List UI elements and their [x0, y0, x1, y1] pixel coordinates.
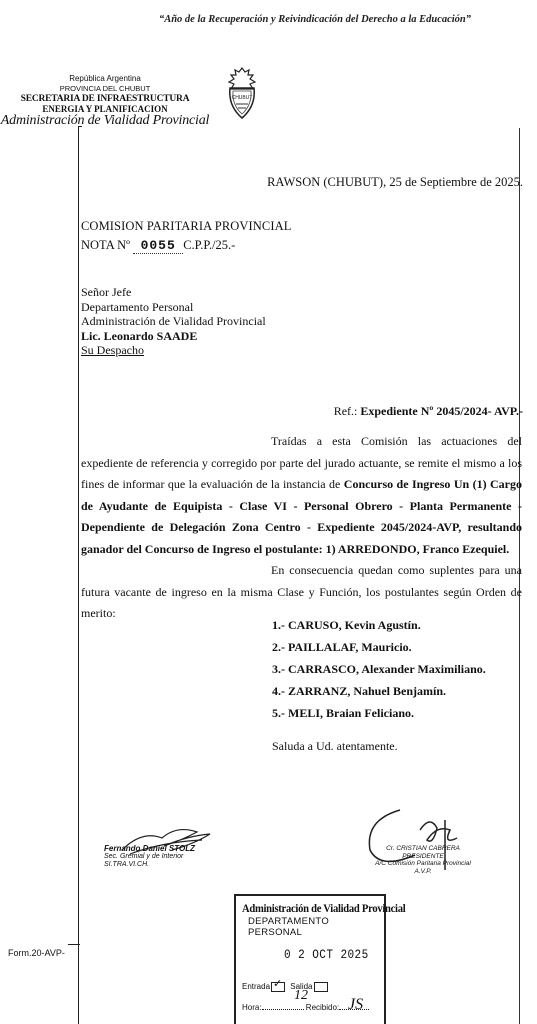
hora-label: Hora:: [242, 1003, 262, 1012]
letterhead-country: República Argentina: [0, 74, 210, 84]
handwritten-hour: 12: [294, 988, 308, 1004]
signer-right-role: PRESIDENTE: [368, 853, 478, 861]
letterhead-administration: Administración de Vialidad Provincial: [0, 116, 210, 126]
letterhead-province: PROVINCIA DEL CHUBUT: [0, 84, 210, 94]
substitute-item: 1.- CARUSO, Kevin Agustín.: [272, 614, 486, 636]
signer-left-role: Sec. Gremial y de Interior: [104, 853, 195, 861]
substitute-item: 3.- CARRASCO, Alexander Maximiliano.: [272, 658, 486, 680]
header-motto: “Año de la Recuperación y Reivindicación…: [150, 14, 480, 25]
place-date: RAWSON (CHUBUT), 25 de Septiembre de 202…: [267, 175, 523, 190]
reference-value: Expediente Nº 2045/2024- AVP.-: [360, 404, 523, 418]
entrada-checkbox: [271, 982, 285, 992]
stamp-entry-row: Entrada Salida: [242, 982, 331, 992]
nota-number-line: NOTA Nº 0055C.P.P./25.-: [81, 238, 235, 254]
reference-label: Ref.:: [334, 404, 358, 418]
salida-checkbox: [314, 982, 328, 992]
letterhead-secretariat: SECRETARIA DE INFRAESTRUCTURA: [0, 94, 210, 104]
issuer: COMISION PARITARIA PROVINCIAL: [81, 219, 292, 234]
substitutes-list: 1.- CARUSO, Kevin Agustín. 2.- PAILLALAF…: [272, 614, 486, 724]
signer-right-name: Cr. CRISTIAN CABRERA: [368, 845, 478, 853]
nota-prefix: NOTA Nº: [81, 238, 130, 252]
recipient-office: Su Despacho: [81, 343, 266, 358]
recipient-department: Departamento Personal: [81, 300, 266, 315]
signer-left-org: SI.TRA.VI.CH.: [104, 861, 195, 869]
letter-body: Traídas a esta Comisión las actuaciones …: [81, 431, 522, 625]
closing: Saluda a Ud. atentamente.: [272, 739, 398, 754]
handwritten-initials: JS: [348, 996, 363, 1014]
form-code: Form.20-AVP-: [8, 948, 65, 958]
signer-left-name: Fernando Daniel STOLZ: [104, 845, 195, 853]
substitute-item: 2.- PAILLALAF, Mauricio.: [272, 636, 486, 658]
signer-right-org: A/C Comisión Paritaria Provincial: [368, 860, 478, 868]
signature-right: Cr. CRISTIAN CABRERA PRESIDENTE A/C Comi…: [368, 845, 478, 875]
nota-number: 0055: [133, 238, 183, 254]
left-margin-line: [78, 126, 79, 1024]
recipient-name: Lic. Leonardo SAADE: [81, 329, 266, 344]
reference-line: Ref.: Expediente Nº 2045/2024- AVP.-: [334, 404, 523, 419]
signature-left: Fernando Daniel STOLZ Sec. Gremial y de …: [104, 845, 195, 869]
recipient-title: Señor Jefe: [81, 285, 266, 300]
paragraph-1: Traídas a esta Comisión las actuaciones …: [81, 431, 522, 560]
recibido-label: Recibido:: [306, 1003, 339, 1012]
signer-right-abbr: A.V.P.: [368, 868, 478, 876]
substitute-item: 4.- ZARRANZ, Nahuel Benjamín.: [272, 680, 486, 702]
reception-stamp: Administración de Vialidad Provincial DE…: [234, 894, 386, 1024]
recipient-block: Señor Jefe Departamento Personal Adminis…: [81, 285, 266, 358]
stamp-title: Administración de Vialidad Provincial: [242, 901, 405, 916]
form-divider: [68, 944, 80, 945]
nota-suffix: C.P.P./25.-: [183, 238, 235, 252]
recipient-organization: Administración de Vialidad Provincial: [81, 314, 266, 329]
letterhead: República Argentina PROVINCIA DEL CHUBUT…: [0, 74, 210, 126]
substitute-item: 5.- MELI, Braian Feliciano.: [272, 702, 486, 724]
svg-text:CHUBUT: CHUBUT: [232, 95, 253, 101]
entrada-label: Entrada: [242, 982, 270, 991]
chubut-coat-of-arms-icon: CHUBUT: [224, 66, 260, 122]
stamp-department: DEPARTAMENTO PERSONAL: [248, 916, 384, 938]
stamp-date: 0 2 OCT 2025: [284, 947, 369, 962]
